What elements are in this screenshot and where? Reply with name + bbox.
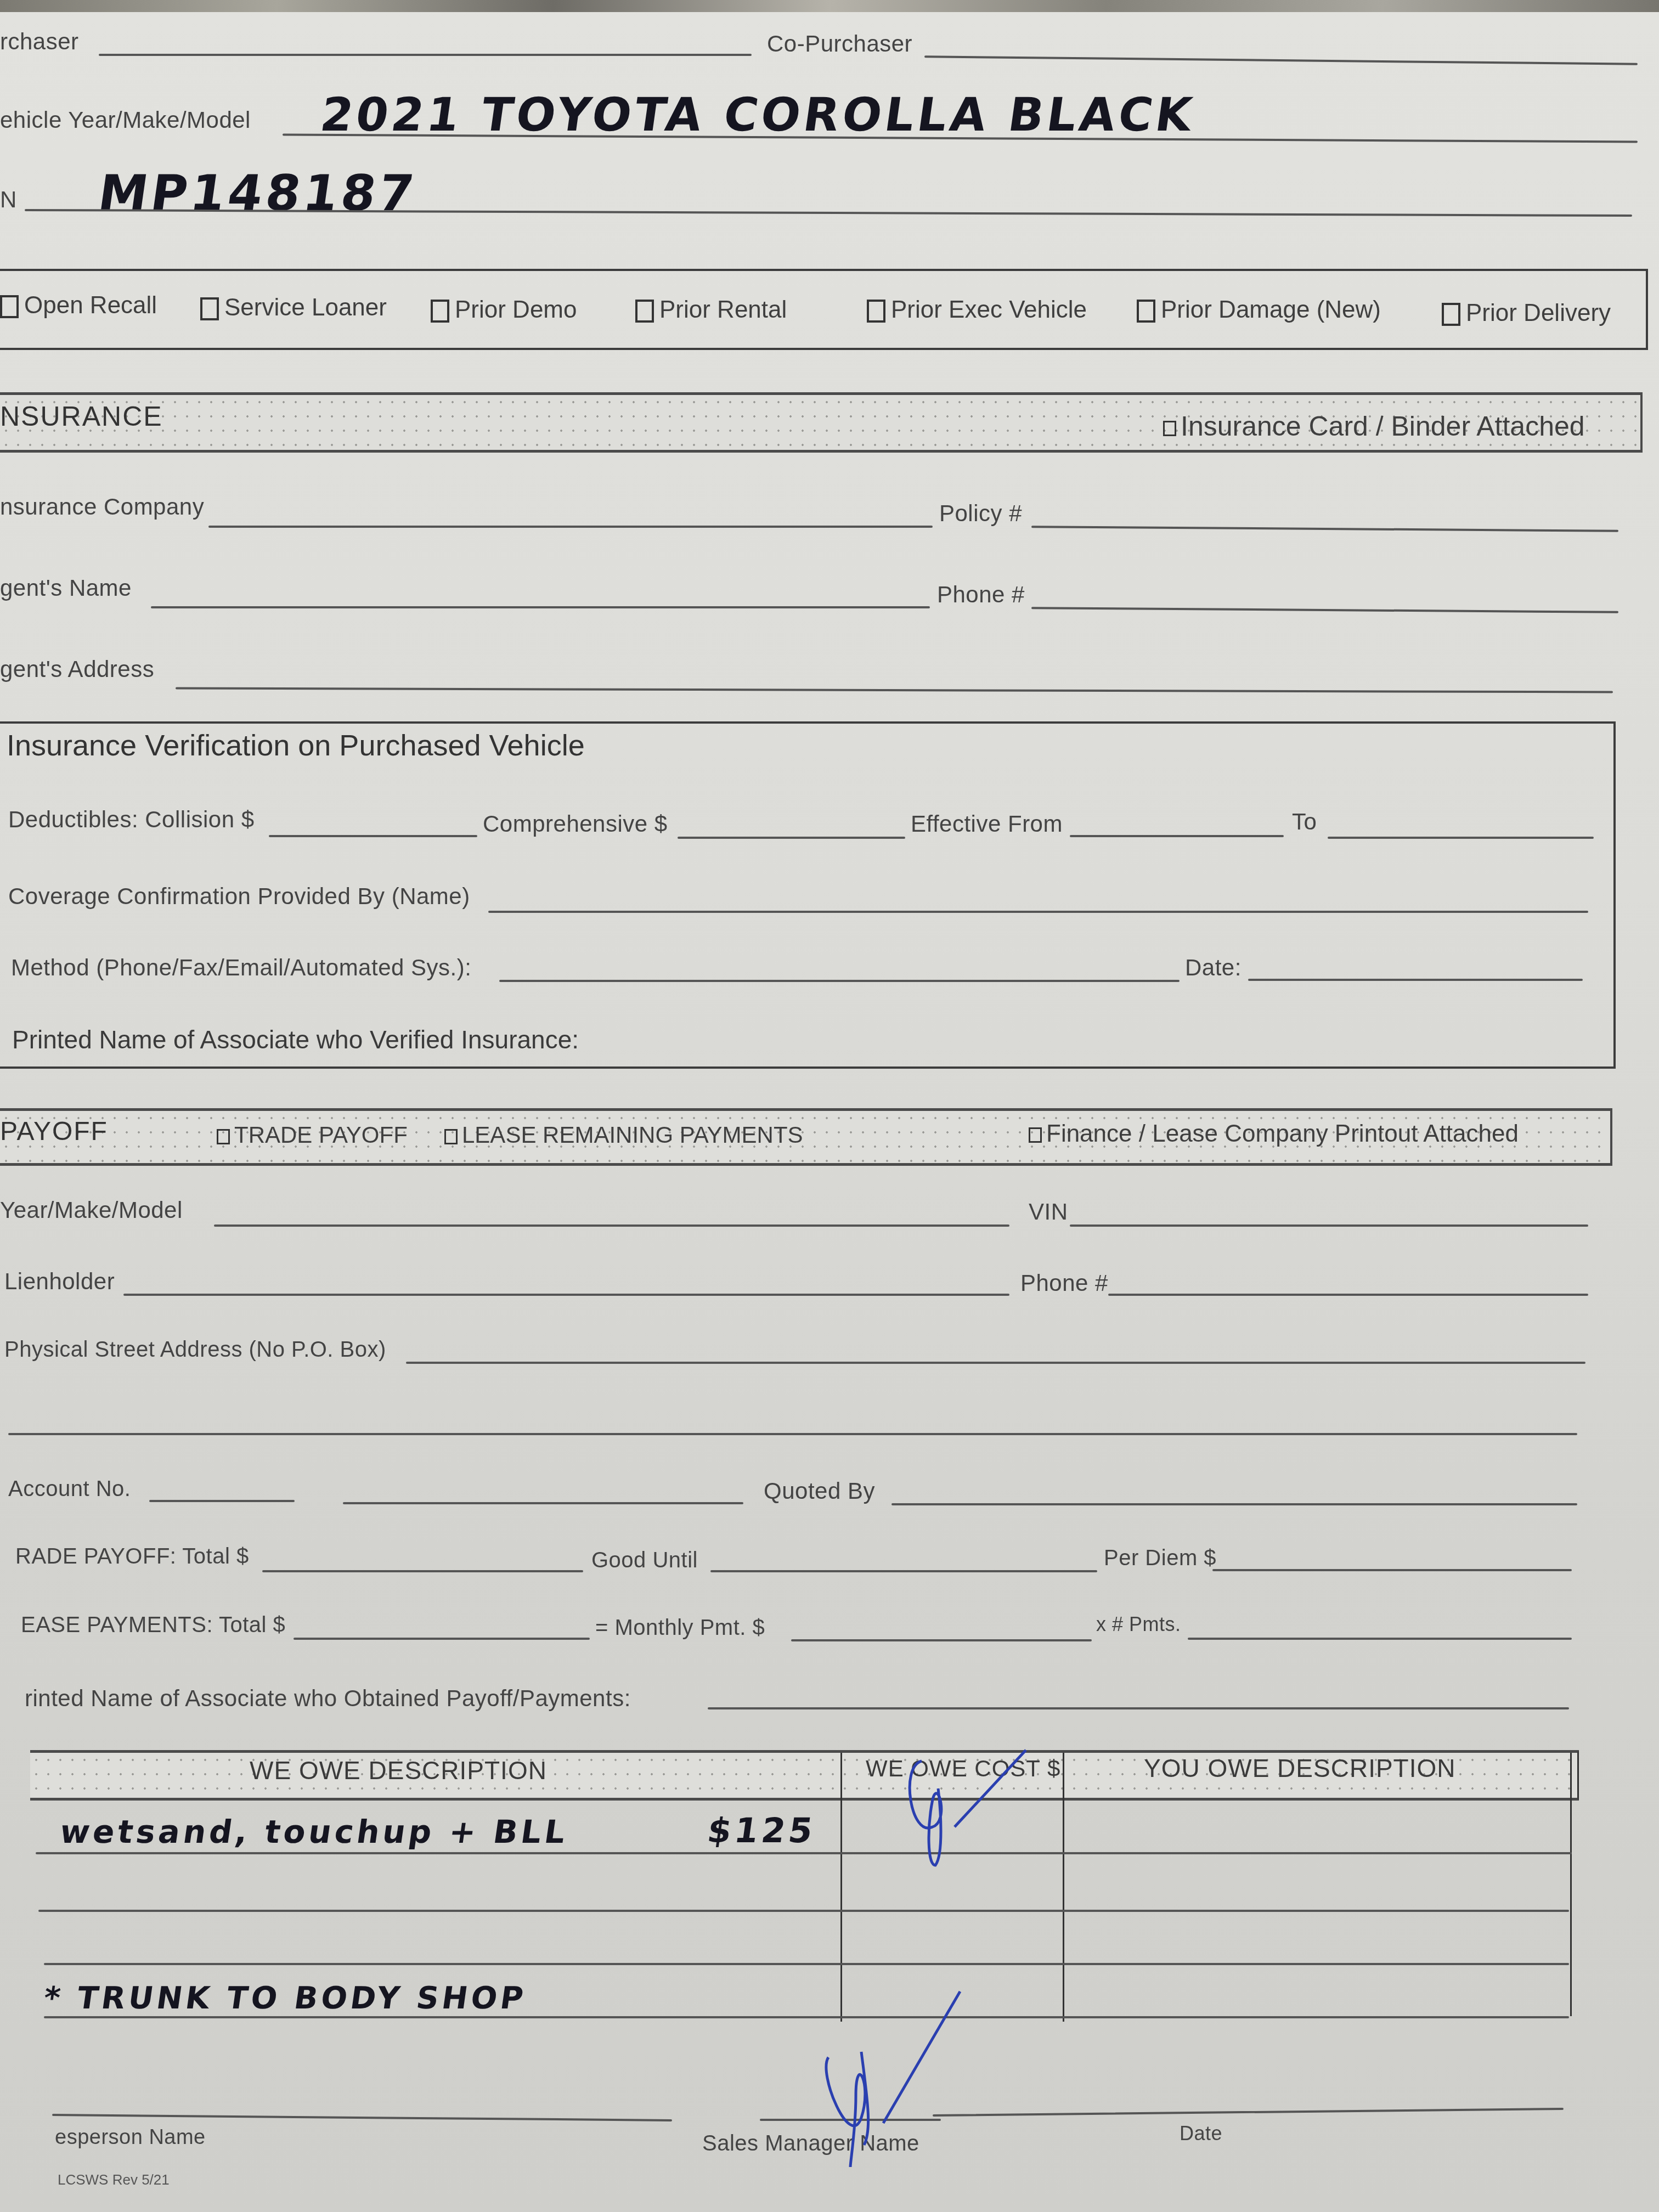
account-number-label: Account No. [8, 1477, 131, 1502]
agent-name-label: gent's Name [0, 575, 132, 601]
table-row-line [44, 2016, 1569, 2018]
monthly-payment-label: = Monthly Pmt. $ [595, 1616, 765, 1640]
number-of-payments-label: x # Pmts. [1096, 1613, 1181, 1636]
collision-field[interactable] [269, 835, 477, 837]
checkbox-icon [1442, 303, 1460, 326]
checkbox-icon [444, 1129, 458, 1144]
payoff-ymm-field[interactable] [214, 1224, 1009, 1227]
purchaser-label: rchaser [0, 29, 79, 55]
checkbox-icon [217, 1129, 230, 1144]
co-purchaser-label: Co-Purchaser [767, 31, 912, 57]
verification-date-label: Date: [1185, 955, 1242, 981]
checkbox-prior-damage[interactable]: Prior Damage (New) [1137, 296, 1381, 324]
lienholder-field[interactable] [123, 1294, 1009, 1296]
payoff-title: PAYOFF [0, 1116, 108, 1147]
sales-manager-signature-icon [812, 1986, 966, 2172]
verification-date-field[interactable] [1248, 979, 1583, 981]
checkbox-trade-payoff[interactable]: TRADE PAYOFF [217, 1122, 408, 1148]
we-owe-item-1-amount[interactable]: $125 [705, 1810, 819, 1850]
insurance-company-label: nsurance Company [0, 494, 204, 520]
to-label: To [1292, 809, 1317, 835]
checkbox-icon [0, 295, 19, 318]
checkbox-printout-attached[interactable]: Finance / Lease Company Printout Attache… [1029, 1120, 1519, 1148]
table-right-border [1570, 1753, 1572, 2016]
checkbox-icon [431, 300, 449, 323]
checkbox-open-recall[interactable]: Open Recall [0, 292, 157, 319]
table-column-divider [840, 1753, 842, 2022]
monthly-payment-field[interactable] [791, 1639, 1092, 1641]
purchaser-field[interactable] [99, 54, 752, 56]
lienholder-label: Lienholder [4, 1268, 115, 1295]
checkbox-icon [200, 297, 219, 320]
effective-from-field[interactable] [1070, 835, 1284, 837]
coverage-provided-by-label: Coverage Confirmation Provided By (Name) [8, 883, 470, 910]
checkbox-lease-remaining-payments[interactable]: LEASE REMAINING PAYMENTS [444, 1122, 803, 1148]
table-row-line [38, 1910, 1569, 1912]
to-field[interactable] [1328, 837, 1594, 839]
quoted-by-label: Quoted By [764, 1478, 875, 1504]
agent-address-label: gent's Address [0, 656, 154, 682]
lienholder-phone-field[interactable] [1108, 1294, 1588, 1296]
checkbox-insurance-card-attached[interactable]: Insurance Card / Binder Attached [1163, 410, 1585, 442]
payoff-ymm-label: Year/Make/Model [0, 1197, 183, 1223]
payoff-associate-label: rinted Name of Associate who Obtained Pa… [25, 1685, 631, 1712]
verification-title: Insurance Verification on Purchased Vehi… [7, 729, 585, 763]
checkbox-icon [635, 300, 654, 323]
vin-value-handwritten[interactable]: MP148187 [95, 165, 421, 222]
vehicle-value-handwritten[interactable]: 2021 TOYOTA COROLLA BLACK [317, 88, 1199, 142]
physical-address-label: Physical Street Address (No P.O. Box) [4, 1338, 386, 1362]
vin-label: N [0, 187, 17, 213]
we-owe-description-header: WE OWE DESCRIPTION [250, 1756, 547, 1785]
payoff-associate-field[interactable] [708, 1707, 1569, 1709]
physical-address-field[interactable] [406, 1362, 1585, 1364]
salesperson-name-label: esperson Name [55, 2126, 206, 2149]
policy-label: Policy # [939, 500, 1022, 527]
comprehensive-label: Comprehensive $ [483, 811, 668, 837]
effective-from-label: Effective From [911, 811, 1063, 837]
physical-address-field-line-2[interactable] [8, 1433, 1577, 1435]
date-label: Date [1180, 2122, 1222, 2145]
lease-payments-total-field[interactable] [294, 1638, 590, 1640]
collision-label: Deductibles: Collision $ [8, 806, 255, 833]
checkbox-icon [1137, 300, 1155, 323]
good-until-label: Good Until [591, 1548, 698, 1573]
per-diem-field[interactable] [1212, 1569, 1572, 1571]
agent-name-field[interactable] [151, 606, 930, 608]
form-revision: LCSWS Rev 5/21 [58, 2171, 170, 2188]
trade-payoff-total-label: RADE PAYOFF: Total $ [15, 1544, 249, 1569]
comprehensive-field[interactable] [678, 837, 905, 839]
lienholder-phone-label: Phone # [1020, 1270, 1108, 1296]
coverage-provided-by-field[interactable] [488, 911, 1588, 913]
checkbox-icon [867, 300, 885, 323]
checkbox-service-loaner[interactable]: Service Loaner [200, 294, 387, 321]
vehicle-label: ehicle Year/Make/Model [0, 107, 251, 133]
payoff-vin-field[interactable] [1070, 1224, 1588, 1227]
agent-phone-label: Phone # [937, 582, 1025, 608]
lease-payments-total-label: EASE PAYMENTS: Total $ [21, 1613, 285, 1638]
we-owe-item-4[interactable]: * TRUNK TO BODY SHOP [41, 1980, 528, 2016]
method-label: Method (Phone/Fax/Email/Automated Sys.): [11, 955, 471, 981]
good-until-field[interactable] [710, 1570, 1097, 1572]
insurance-company-field[interactable] [208, 526, 933, 528]
checkbox-prior-rental[interactable]: Prior Rental [635, 296, 787, 324]
quoted-by-field[interactable] [891, 1503, 1577, 1505]
payoff-vin-label: VIN [1029, 1199, 1068, 1225]
per-diem-label: Per Diem $ [1104, 1546, 1216, 1571]
table-row-line [36, 1852, 1572, 1854]
checkbox-prior-exec-vehicle[interactable]: Prior Exec Vehicle [867, 296, 1087, 324]
you-owe-description-header: YOU OWE DESCRIPTION [1144, 1753, 1455, 1783]
checkbox-icon [1163, 421, 1176, 436]
checkbox-prior-delivery[interactable]: Prior Delivery [1442, 300, 1611, 327]
table-column-divider [1063, 1753, 1064, 2022]
verified-by-associate-label: Printed Name of Associate who Verified I… [12, 1025, 579, 1054]
account-number-field-2[interactable] [343, 1502, 743, 1504]
checkbox-icon [1029, 1127, 1042, 1143]
table-row-line [44, 1963, 1569, 1965]
trade-payoff-total-field[interactable] [262, 1570, 583, 1572]
we-owe-item-1[interactable]: wetsand, touchup + BLL [58, 1813, 571, 1850]
account-number-field[interactable] [149, 1500, 295, 1502]
insurance-title: NSURANCE [0, 400, 163, 432]
method-field[interactable] [499, 980, 1180, 982]
number-of-payments-field[interactable] [1188, 1638, 1572, 1640]
initials-signature-icon [889, 1745, 1031, 1887]
checkbox-prior-demo[interactable]: Prior Demo [431, 296, 577, 324]
